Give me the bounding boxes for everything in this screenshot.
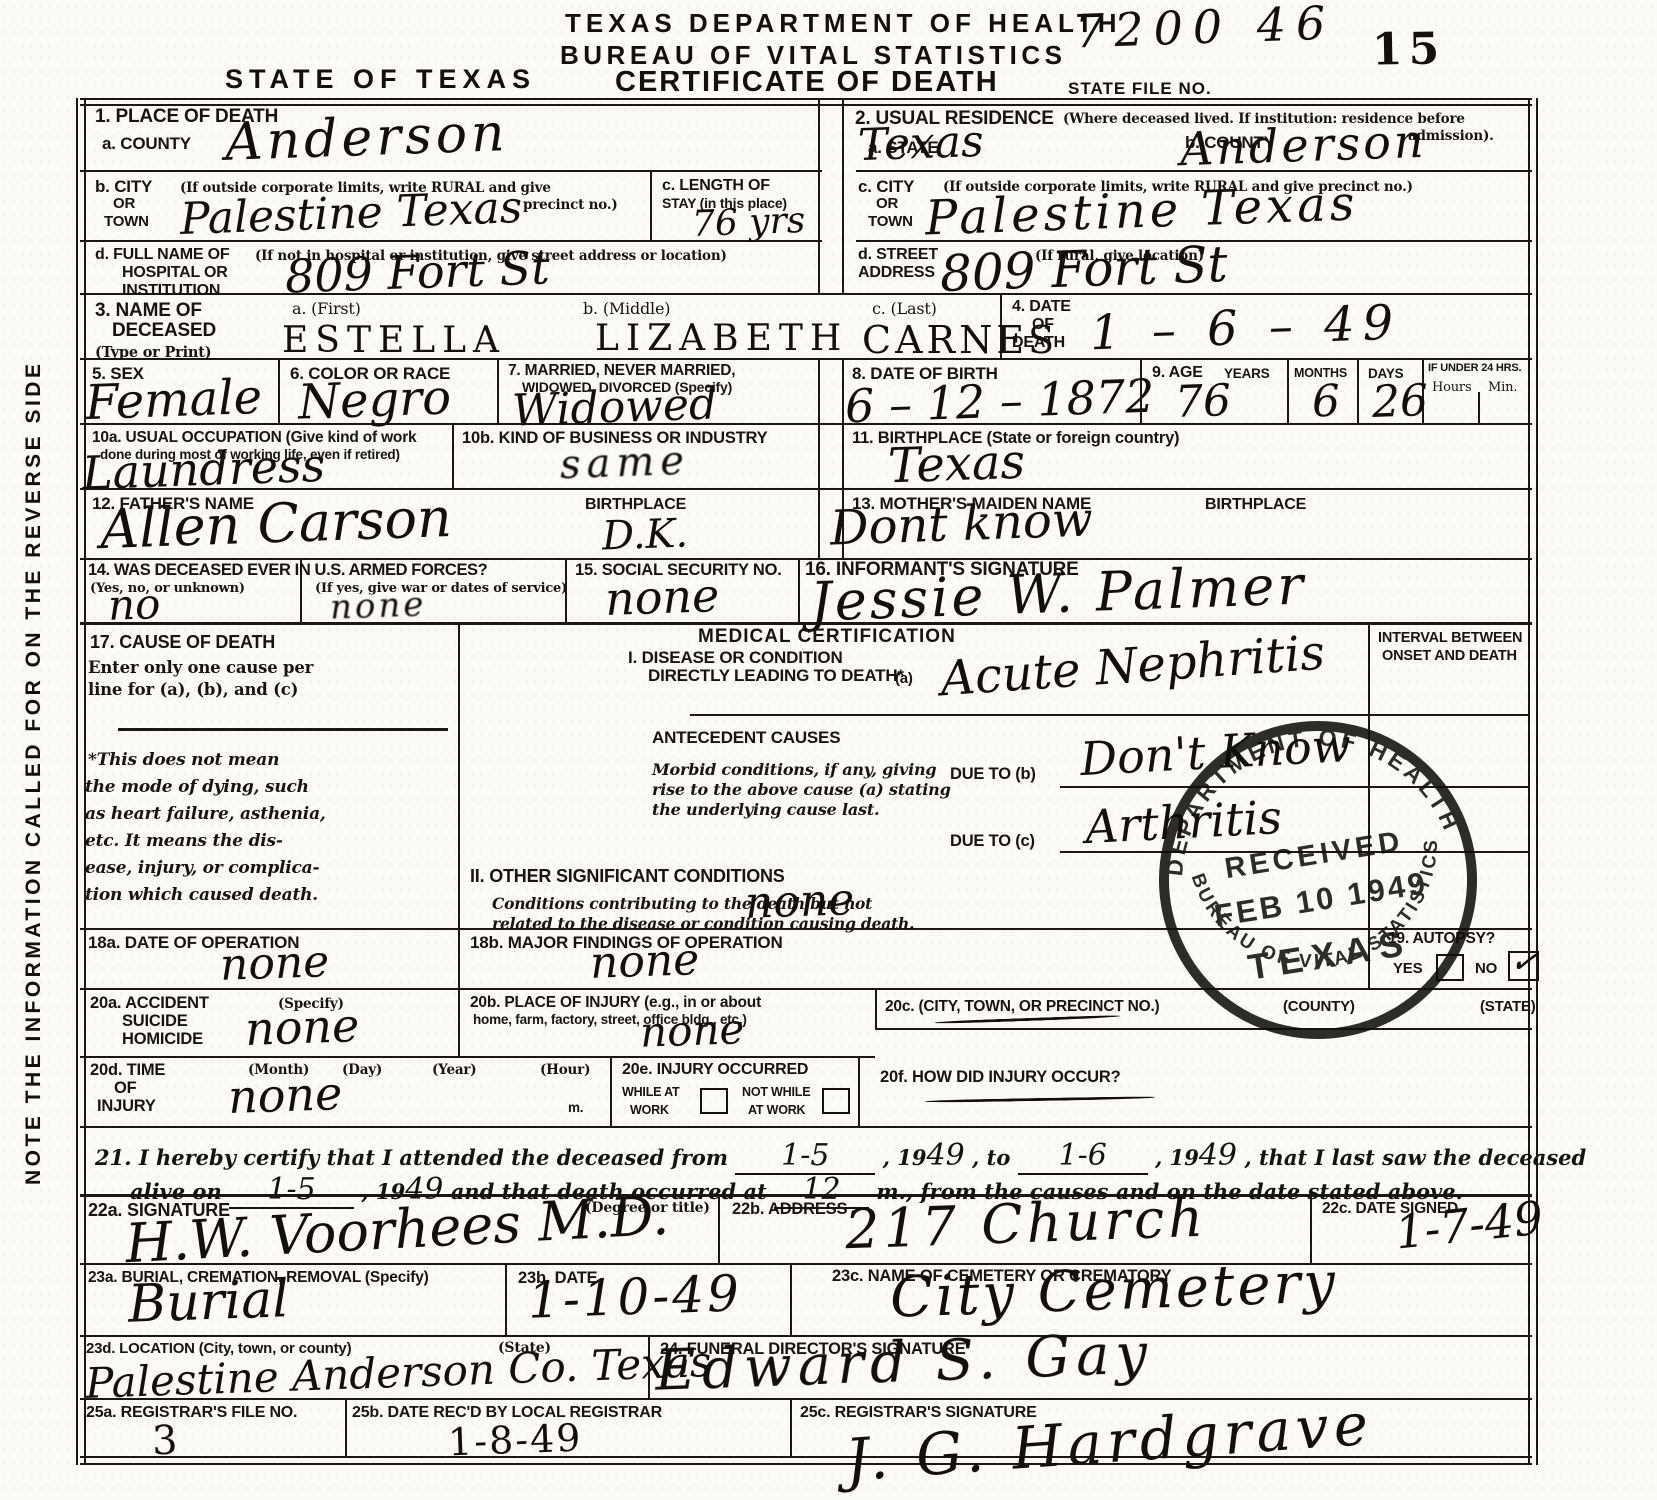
physician-address-label: 22b. ADDRESS bbox=[732, 1200, 847, 1219]
date-of-death-value: 1 – 6 – 49 bbox=[1089, 295, 1402, 362]
mothers-maiden-name-value: Dont know bbox=[829, 491, 1094, 556]
grid-line bbox=[818, 358, 820, 560]
first-name-label: a. (First) bbox=[292, 299, 361, 318]
hospital-label: d. FULL NAME OF bbox=[95, 246, 229, 264]
state-file-no-label: STATE FILE NO. bbox=[1068, 79, 1212, 99]
accident-value: none bbox=[244, 998, 360, 1056]
date-of-death-label: 4. DATE bbox=[1012, 298, 1071, 316]
certify-text: , that I last saw the deceased bbox=[1244, 1145, 1586, 1170]
first-name-value: ESTELLA bbox=[282, 320, 506, 361]
grid-line bbox=[345, 1398, 347, 1458]
grid-line bbox=[798, 558, 800, 624]
while-at-work-checkbox bbox=[700, 1088, 728, 1114]
grid-line bbox=[458, 622, 460, 930]
hospital-label3: INSTITUTION bbox=[122, 282, 220, 300]
fathers-name-value: Allen Carson bbox=[99, 486, 453, 561]
grid-line bbox=[452, 423, 454, 490]
registrar-file-no-label: 25a. REGISTRAR'S FILE NO. bbox=[86, 1404, 297, 1422]
grid-line bbox=[1528, 98, 1530, 1465]
grid-line bbox=[80, 104, 1532, 106]
grid-line bbox=[1357, 358, 1359, 425]
cause-note1: Enter only one cause per bbox=[88, 658, 313, 677]
antecedent-causes-label: ANTECEDENT CAUSES bbox=[652, 728, 840, 748]
year-note: (Year) bbox=[432, 1062, 477, 1078]
name-of-deceased-title: 3. NAME OF bbox=[95, 300, 202, 322]
grid-line bbox=[278, 358, 280, 425]
date-of-birth-value: 6 – 12 – 1872 bbox=[844, 369, 1155, 434]
autopsy-no-checkmark: ✓ bbox=[1507, 940, 1541, 984]
length-of-stay-value: 76 yrs bbox=[691, 200, 806, 245]
armed-forces-label: 14. WAS DECEASED EVER IN U.S. ARMED FORC… bbox=[88, 561, 487, 580]
age-years-label: YEARS bbox=[1224, 366, 1270, 381]
disease-condition-label2: DIRECTLY LEADING TO DEATH* bbox=[648, 666, 904, 686]
medical-certification-title: MEDICAL CERTIFICATION bbox=[698, 626, 956, 648]
grid-line bbox=[1478, 392, 1480, 425]
certify-text: , 19 bbox=[883, 1145, 927, 1170]
received-stamp: DEPARTMENT OF HEALTH BUREAU OF VITAL STA… bbox=[1126, 688, 1510, 1072]
injury-city-dash bbox=[935, 1015, 1120, 1024]
residence-state-value: Texas bbox=[857, 116, 984, 171]
city-town-label: TOWN bbox=[104, 213, 149, 230]
interval-label2: ONSET AND DEATH bbox=[1382, 648, 1517, 664]
residence-county-value: Anderson bbox=[1179, 114, 1427, 177]
father-birthplace-value: D.K. bbox=[601, 511, 689, 560]
business-industry-value: same bbox=[559, 438, 691, 489]
under-24hrs-label: IF UNDER 24 HRS. bbox=[1428, 362, 1521, 374]
certify-text: , 19 bbox=[1155, 1145, 1199, 1170]
county-value: Anderson bbox=[224, 103, 509, 173]
birthplace-value: Texas bbox=[887, 434, 1026, 495]
grid-line bbox=[80, 1056, 875, 1058]
middle-name-value: LIZABETH bbox=[595, 318, 848, 359]
physician-address-value: 217 Church bbox=[844, 1186, 1208, 1262]
disease-condition-label: I. DISEASE OR CONDITION bbox=[628, 648, 843, 668]
type-or-print-note: (Type or Print) bbox=[95, 344, 211, 361]
grid-line bbox=[80, 98, 1532, 100]
cause-of-death-label: 17. CAUSE OF DEATH bbox=[90, 632, 275, 653]
age-years-value: 76 bbox=[1174, 375, 1232, 428]
residence-city-label: c. CITY bbox=[858, 177, 914, 197]
grid-line bbox=[610, 1056, 612, 1128]
grid-line bbox=[458, 928, 460, 990]
grid-line bbox=[818, 98, 820, 295]
grid-line bbox=[650, 170, 652, 242]
date-of-death-label2: OF bbox=[1032, 316, 1054, 334]
grid-line bbox=[458, 988, 460, 1058]
grid-line bbox=[842, 98, 844, 295]
hours-label: Hours bbox=[1432, 380, 1471, 395]
city-or-label: OR bbox=[113, 195, 135, 212]
city-value: Palestine Texas bbox=[179, 182, 523, 245]
grid-line bbox=[80, 1463, 1532, 1465]
grid-line bbox=[505, 1263, 507, 1337]
cause-note5: as heart failure, asthenia, bbox=[85, 804, 326, 824]
min-label: Min. bbox=[1488, 380, 1517, 395]
how-injury-scribble bbox=[925, 1096, 1155, 1103]
morbid-note1: Morbid conditions, if any, giving bbox=[652, 760, 936, 779]
burial-value: Burial bbox=[127, 1269, 290, 1335]
due-to-c-label: DUE TO (c) bbox=[950, 832, 1035, 851]
name-of-deceased-title2: DECEASED bbox=[112, 320, 216, 342]
hospital-label2: HOSPITAL OR bbox=[122, 264, 228, 282]
hospital-value: 809 Fort St bbox=[284, 240, 550, 303]
hour-note: (Hour) bbox=[540, 1062, 590, 1078]
armed-forces-service-value: none bbox=[329, 584, 427, 627]
grid-line bbox=[1536, 98, 1538, 1465]
grid-line bbox=[80, 1126, 1532, 1128]
day-note: (Day) bbox=[342, 1062, 382, 1078]
grid-line bbox=[1287, 358, 1289, 425]
certify-text: 21. I hereby certify that I attended the… bbox=[95, 1145, 728, 1170]
grid-line bbox=[76, 98, 78, 1465]
disease-a-label: (a) bbox=[895, 670, 913, 687]
cause-note3: *This does not mean bbox=[88, 750, 279, 770]
registrar-file-no-value: 3 bbox=[151, 1418, 178, 1465]
header-state-of-texas: STATE OF TEXAS bbox=[225, 64, 536, 95]
burial-date-value: 1-10-49 bbox=[527, 1264, 743, 1329]
major-findings-value: none bbox=[589, 934, 700, 989]
stamped-file-number: 15 bbox=[1372, 23, 1446, 75]
other-conditions-value: none bbox=[744, 874, 855, 929]
reverse-side-note: NOTE THE INFORMATION CALLED FOR ON THE R… bbox=[22, 361, 46, 1185]
middle-name-label: b. (Middle) bbox=[583, 299, 670, 318]
certify-text: , to bbox=[972, 1145, 1010, 1170]
grid-line bbox=[858, 1056, 860, 1128]
grid-line bbox=[118, 728, 448, 731]
work-label: WORK bbox=[630, 1103, 669, 1117]
morbid-note3: the underlying cause last. bbox=[652, 800, 879, 819]
color-race-value: Negro bbox=[297, 369, 452, 430]
marital-label: 7. MARRIED, NEVER MARRIED, bbox=[508, 362, 735, 380]
certify-line1: 21. I hereby certify that I attended the… bbox=[95, 1138, 1586, 1175]
city-note2: precinct no.) bbox=[523, 197, 618, 213]
year1-value: 49 bbox=[927, 1138, 965, 1173]
time-of-injury-label3: INJURY bbox=[97, 1097, 156, 1116]
cause-note4: the mode of dying, such bbox=[85, 777, 309, 797]
residence-city-or: OR bbox=[876, 195, 898, 212]
county-label: a. COUNTY bbox=[102, 134, 191, 154]
mother-birthplace-label: BIRTHPLACE bbox=[1205, 496, 1306, 514]
cause-note2: line for (a), (b), and (c) bbox=[88, 680, 298, 699]
place-of-injury-value: none bbox=[639, 1004, 745, 1057]
while-at-label: WHILE AT bbox=[622, 1085, 679, 1099]
injury-city-label: 20c. (CITY, TOWN, OR PRECINCT NO.) bbox=[885, 998, 1160, 1016]
armed-forces-value: no bbox=[107, 579, 161, 630]
death-certificate-scan: TEXAS DEPARTMENT OF HEALTH 7200 46 15 BU… bbox=[0, 0, 1657, 1500]
time-of-injury-label2: OF bbox=[114, 1079, 137, 1098]
certificate-title: CERTIFICATE OF DEATH bbox=[615, 66, 999, 99]
other-significant-conditions-label: II. OTHER SIGNIFICANT CONDITIONS bbox=[470, 866, 785, 887]
grid-line bbox=[497, 358, 499, 425]
year2-value: 49 bbox=[1199, 1138, 1237, 1173]
interval-label1: INTERVAL BETWEEN bbox=[1378, 630, 1522, 646]
disease-condition-value: Acute Nephritis bbox=[939, 625, 1327, 708]
at-work-label: AT WORK bbox=[748, 1103, 805, 1117]
residence-city-town: TOWN bbox=[868, 213, 913, 230]
morbid-note2: rise to the above cause (a) stating bbox=[652, 780, 951, 799]
street-label2: ADDRESS bbox=[858, 264, 935, 282]
how-injury-occurred-label: 20f. HOW DID INJURY OCCUR? bbox=[880, 1068, 1121, 1087]
date-of-death-label3: DEATH bbox=[1012, 334, 1065, 352]
sex-value: Female bbox=[84, 369, 263, 431]
header-department: TEXAS DEPARTMENT OF HEALTH bbox=[565, 8, 1122, 39]
cause-note6: etc. It means the dis- bbox=[85, 831, 283, 851]
cause-note8: tion which caused death. bbox=[85, 885, 318, 905]
injury-occurred-label: 20e. INJURY OCCURRED bbox=[622, 1061, 808, 1079]
not-while-at-work-checkbox bbox=[822, 1088, 850, 1114]
homicide-label: HOMICIDE bbox=[122, 1030, 203, 1049]
grid-line bbox=[790, 1398, 792, 1458]
street-value: 809 Fort St bbox=[939, 235, 1228, 303]
grid-line bbox=[80, 170, 822, 172]
funeral-director-signature: Edward S. Gay bbox=[654, 1321, 1154, 1403]
time-of-injury-value: none bbox=[227, 1066, 343, 1124]
suicide-label: SUICIDE bbox=[122, 1012, 188, 1031]
length-of-stay-label: c. LENGTH OF bbox=[662, 177, 770, 195]
grid-line bbox=[790, 1263, 792, 1337]
date-of-operation-value: none bbox=[219, 936, 330, 991]
date-recd-value: 1-8-49 bbox=[447, 1416, 583, 1465]
m-note: m. bbox=[568, 1100, 583, 1115]
handwritten-number: 7200 46 bbox=[1074, 0, 1336, 59]
accident-label: 20a. ACCIDENT bbox=[90, 994, 209, 1013]
not-while-label: NOT WHILE bbox=[742, 1085, 810, 1099]
time-of-injury-label: 20d. TIME bbox=[90, 1061, 165, 1080]
stamp-texas: TEXAS bbox=[1245, 921, 1414, 987]
marital-value: Widowed bbox=[511, 378, 718, 436]
age-months-value: 6 bbox=[1311, 376, 1341, 428]
due-to-b-label: DUE TO (b) bbox=[950, 765, 1036, 784]
age-days-value: 26 bbox=[1371, 375, 1429, 428]
cause-note7: ease, injury, or complica- bbox=[85, 858, 319, 878]
ssn-value: none bbox=[604, 568, 720, 626]
city-label: b. CITY bbox=[95, 177, 152, 197]
grid-line bbox=[875, 988, 877, 1030]
street-label: d. STREET bbox=[858, 246, 938, 264]
last-name-label: c. (Last) bbox=[872, 299, 937, 318]
